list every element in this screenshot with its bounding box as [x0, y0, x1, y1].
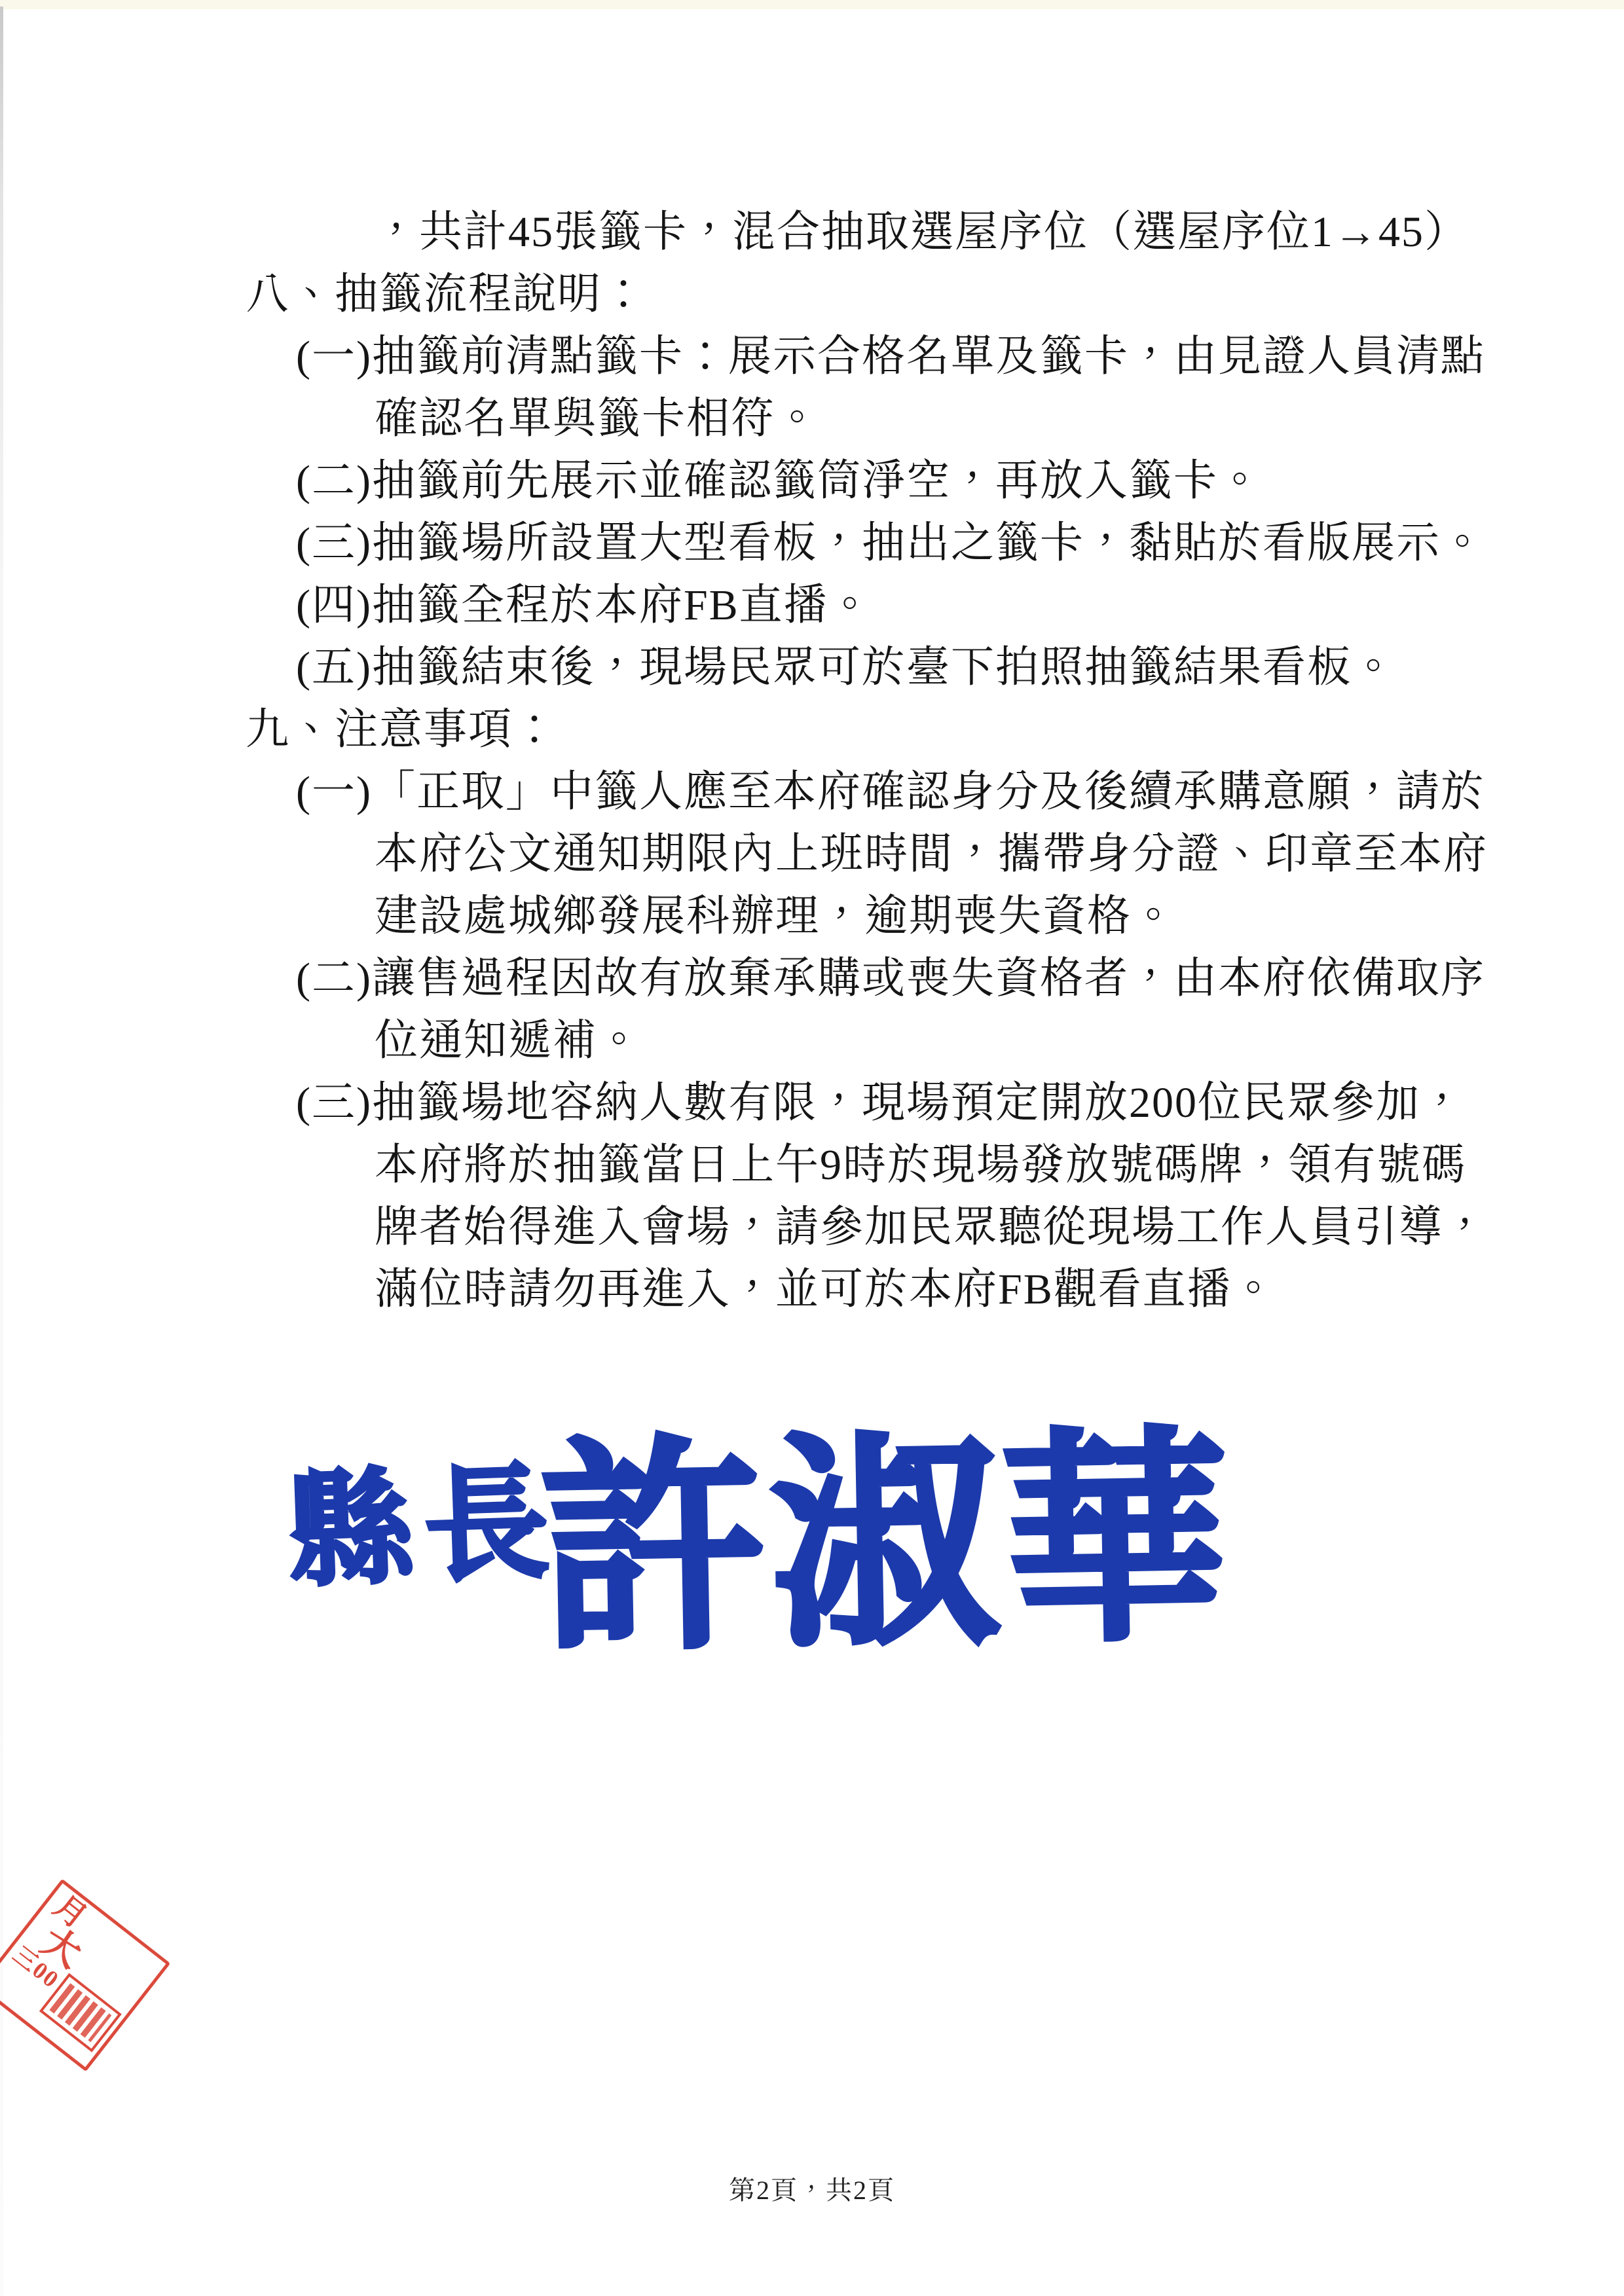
- document-body: ，共計45張籤卡，混合抽取選屋序位（選屋序位1→45）八、抽籤流程說明：(一)抽…: [0, 201, 1624, 1321]
- red-date-seal: 月 大 三00: [0, 1879, 170, 2072]
- page-number: 第2頁，共2頁: [729, 2176, 895, 2205]
- text-line: (五)抽籤結束後，現場民眾可於臺下拍照抽籤結果看板。: [0, 636, 1624, 699]
- text-line: 九、注意事項：: [0, 699, 1624, 761]
- scan-top-edge: [0, 0, 1624, 9]
- text-line: 本府公文通知期限內上班時間，攜帶身分證、印章至本府: [0, 823, 1624, 885]
- page-footer: 第2頁，共2頁: [0, 2172, 1624, 2209]
- text-line: 滿位時請勿再進入，並可於本府FB觀看直播。: [0, 1258, 1624, 1321]
- signature-title: 縣長: [286, 1462, 563, 1595]
- signature-name: 許淑華: [538, 1428, 1236, 1666]
- signature-block: 縣長 許淑華: [288, 1394, 1270, 1722]
- text-line: ，共計45張籤卡，混合抽取選屋序位（選屋序位1→45）: [0, 201, 1624, 263]
- text-line: 本府將於抽籤當日上午9時於現場發放號碼牌，領有號碼: [0, 1134, 1624, 1196]
- scanned-document-page: ，共計45張籤卡，混合抽取選屋序位（選屋序位1→45）八、抽籤流程說明：(一)抽…: [0, 0, 1624, 2296]
- text-line: 八、抽籤流程說明：: [0, 263, 1624, 325]
- text-line: 位通知遞補。: [0, 1010, 1624, 1072]
- text-line: (三)抽籤場地容納人數有限，現場預定開放200位民眾參加，: [0, 1072, 1624, 1134]
- text-line: (一)「正取」中籤人應至本府確認身分及後續承購意願，請於: [0, 761, 1624, 823]
- text-line: 建設處城鄉發展科辦理，逾期喪失資格。: [0, 885, 1624, 947]
- text-line: (二)抽籤前先展示並確認籤筒淨空，再放入籤卡。: [0, 450, 1624, 512]
- text-line: 確認名單與籤卡相符。: [0, 388, 1624, 450]
- text-line: (三)抽籤場所設置大型看板，抽出之籤卡，黏貼於看版展示。: [0, 512, 1624, 574]
- text-line: (一)抽籤前清點籤卡：展示合格名單及籤卡，由見證人員清點: [0, 325, 1624, 388]
- text-line: (四)抽籤全程於本府FB直播。: [0, 574, 1624, 636]
- text-line: 牌者始得進入會場，請參加民眾聽從現場工作人員引導，: [0, 1196, 1624, 1258]
- text-line: (二)讓售過程因故有放棄承購或喪失資格者，由本府依備取序: [0, 947, 1624, 1010]
